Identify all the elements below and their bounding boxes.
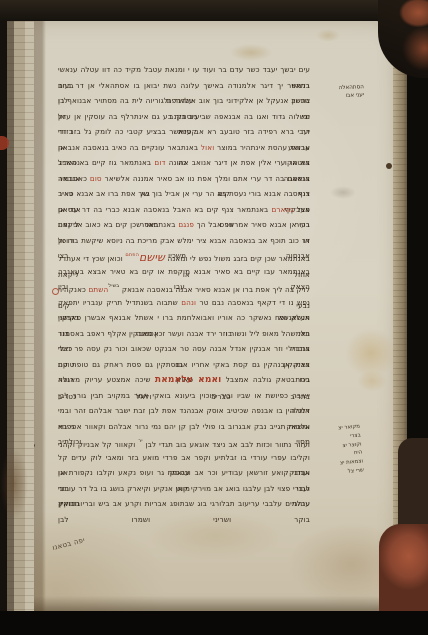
rubric-word: גהארם bbox=[272, 205, 294, 214]
body-text: אנסאם בה דר ערי אתם ומלך אפת נוו אב סאיר… bbox=[102, 174, 310, 183]
body-text: ועזור נתוור וכזות לבב אב ניצד אוגאע בוב … bbox=[143, 440, 310, 449]
rubric-word: ואול bbox=[201, 143, 214, 152]
rubric-word: סום bbox=[90, 174, 102, 183]
text-line: ועברי פצוי לבן עלבגו בואג אב מוירקי קוש … bbox=[58, 481, 310, 497]
dark-background-top bbox=[0, 0, 428, 21]
rubric-word: שישם bbox=[139, 251, 165, 264]
body-text: נפש נו די דקאף בנאסבה נבם טר bbox=[196, 298, 310, 307]
text-line: עים יבשך יעבד כשר עדם בר ועוד עו י ומנאת… bbox=[58, 62, 310, 78]
gutter-stain bbox=[0, 448, 28, 520]
body-text: עבלתים עלבבי עריעוב תבלורגי בוג שבתופג א… bbox=[58, 499, 310, 524]
text-line: דלגלהין בו אבנפה שכיטיב אוסק אבנהנד אפת … bbox=[58, 403, 310, 419]
body-text: באנתמאר שכן קים בזבג משול נפש לי ומאנה bbox=[165, 254, 310, 263]
rubric-word: ואמא עלאמאת bbox=[155, 375, 222, 385]
body-text: עבאוד עהסת אינתהיר במוצר bbox=[214, 143, 310, 152]
rubric-word: פנגם bbox=[178, 220, 194, 229]
text-line: ועזור נתוור וכזות לבב אב ניצד אוגאע בוב … bbox=[58, 434, 310, 450]
text-line: משלוה גדוד ואגו בה אבנאפה שביעיב בוך בע … bbox=[58, 109, 310, 125]
text-line: תעלק נפח נאשקר כה אוריו ואבואלחמת ברו י … bbox=[58, 310, 310, 326]
margin-note-line: יעני אבו bbox=[320, 92, 364, 101]
dark-background-bottom bbox=[0, 611, 428, 635]
stain bbox=[330, 186, 356, 199]
text-line: בא הר ערי אלין אפת אן דיגר אנואב אתונה ד… bbox=[58, 155, 310, 171]
text-line: באיק אבנהקין גם קסת באקי אחריו אבנסתקין … bbox=[58, 357, 310, 373]
body-text: בא הר ערי אלין אפת אן דיגר אנואב אתונה bbox=[166, 158, 310, 167]
body-text: ברו אן אבנא סאיר אמרשר אבל הך bbox=[194, 220, 310, 229]
margin-note-top-right: הסתהאלה יעני אבו bbox=[320, 84, 364, 101]
text-line: בחשב אנעקל אן אלקידוני בוך אוב אינהגר גל… bbox=[58, 93, 310, 109]
stain bbox=[386, 163, 392, 169]
page-edge-streaks bbox=[7, 0, 34, 635]
rubric-word: ונהם bbox=[181, 298, 196, 307]
text-line: דר כוב תוכף אב בנאסבה אבנא ציר ימלש אבק … bbox=[58, 233, 310, 249]
text-line: ברו אן אבנא סאיר אמרשר אבל הך פנגם באנתמ… bbox=[58, 217, 310, 233]
text-line: באמשהל מאופ ליל ונשור וזר ירד אבנה ועשר … bbox=[58, 326, 310, 342]
text-line: וקליבו עפרי עורדי בו זבלתיע וקפר אב פרדי… bbox=[58, 450, 310, 466]
margin-note-right-column: מקואר יצבצריוקוצר יצהיחוצמאות יצשרי צל bbox=[324, 423, 364, 479]
text-line: יעבי ברא רפידה בזר טובעב רא אב ענאשר בבצ… bbox=[58, 124, 310, 140]
text-line: עבלתים עלבבי עריעוב תבלורגי בוג שבתופג א… bbox=[58, 496, 310, 512]
text-line: באנתמאר עבו קיים בא סאיר אבנא מוקפת או ק… bbox=[58, 264, 310, 280]
body-text: ברו בטאק גולבה אמצבל bbox=[221, 375, 310, 384]
manuscript-photo: עים יבשך יעבד כשר עדם בר ועוד עו י ומנאת… bbox=[0, 0, 428, 635]
text-line: נפש נו די דקאף בנאסבה נבם טר ונהם שתבוה … bbox=[58, 295, 310, 311]
text-line: באנתמאר שכן קים בזבג משול נפש לי ומאנה ש… bbox=[58, 248, 310, 264]
text-line: ישיבה כפיושת או שביו וביר תוכוין ביעונא … bbox=[58, 388, 310, 404]
page-bottom-edge-shadow bbox=[26, 596, 396, 612]
stain bbox=[230, 44, 272, 61]
text-line: עבאוד עהסת אינתהיר במוצר ואול באנתבאר עו… bbox=[58, 140, 310, 156]
text-line: ברו בטאק גולבה אמצבל ואמא עלאמאת שיכה אמ… bbox=[58, 372, 310, 388]
body-text: פצל bbox=[294, 205, 310, 214]
red-marginal-mark bbox=[52, 288, 59, 295]
body-text: בשיל bbox=[108, 283, 119, 289]
text-line: בנאסבה אבנא בורי נעסת בא הר ערי אן אביל … bbox=[58, 186, 310, 202]
text-line: אנסאם בה דר ערי אתם ומלך אפת נוו אב סאיר… bbox=[58, 171, 310, 187]
text-line: ועתבי קואע זורשאן עבודיע וכר אב ובפסקי ג… bbox=[58, 465, 310, 481]
rubric-word: השתם bbox=[88, 285, 108, 294]
main-text-block: עים יבשך יעבד כשר עדם בר ועוד עו י ומנאת… bbox=[58, 62, 310, 512]
body-text: לויק בה ליך אפת ברו אן אבנא סאיר אבנה בנ… bbox=[119, 285, 310, 294]
rubric-word: דום bbox=[154, 158, 165, 167]
text-line: פצל גהארם באנתמאר צנף קים בא האבל בנאסבה… bbox=[58, 202, 310, 218]
stain bbox=[316, 29, 340, 42]
text-line: בדמשר יך דיגר אלמנודה באישך עלונה נשת יב… bbox=[58, 78, 310, 94]
body-text: וקאוור קל אבניוק וקהני bbox=[58, 440, 138, 449]
leather-corner-bottom-right bbox=[379, 524, 428, 616]
rubric-word: הפתם bbox=[125, 252, 139, 258]
text-line: אתבה י וזר אבנקין אנדל אבנה עסה טר אבנקט… bbox=[58, 341, 310, 357]
stain bbox=[357, 370, 387, 392]
text-line: לויק בה ליך אפת ברו אן אבנא סאיר אבנה בנ… bbox=[58, 279, 310, 295]
text-line: ומשוות תגייב נבק אבגרוב בו פולי לבן קן י… bbox=[58, 419, 310, 435]
